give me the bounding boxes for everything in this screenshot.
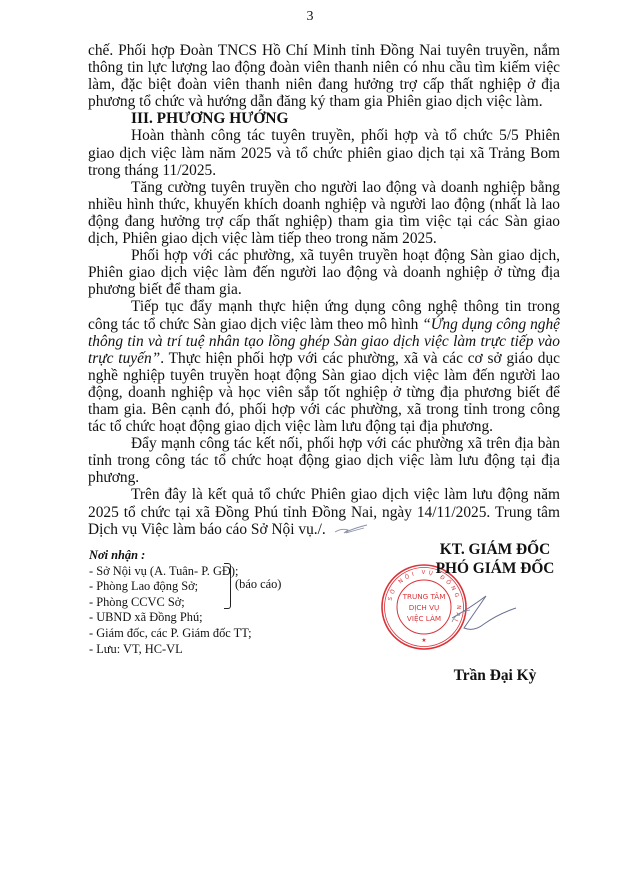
signature-title-line-1: KT. GIÁM ĐỐC xyxy=(395,540,595,559)
paragraph-coordinate-wards: Phối hợp với các phường, xã tuyên truyền… xyxy=(88,247,560,298)
document-body: chế. Phối hợp Đoàn TNCS Hồ Chí Minh tỉnh… xyxy=(88,42,560,538)
initial-scribble-icon xyxy=(334,524,368,536)
paragraph-strengthen-propaganda: Tăng cường tuyên truyền cho người lao độ… xyxy=(88,179,560,247)
recipient-item: - UBND xã Đồng Phú; xyxy=(89,610,339,626)
recipient-item: - Phòng Lao động Sở; xyxy=(89,579,339,595)
recipient-item: - Lưu: VT, HC-VL xyxy=(89,642,339,658)
continuation-paragraph: chế. Phối hợp Đoàn TNCS Hồ Chí Minh tỉnh… xyxy=(88,42,560,110)
stamp-line-1: TRUNG TÂM xyxy=(402,592,446,601)
stamp-line-2: DỊCH VỤ xyxy=(409,603,440,612)
paragraph-complete-sessions: Hoàn thành công tác tuyên truyền, phối h… xyxy=(88,127,560,178)
signature-title-line-2: PHÓ GIÁM ĐỐC xyxy=(395,559,595,578)
page-number: 3 xyxy=(0,9,620,25)
signature-block: KT. GIÁM ĐỐC PHÓ GIÁM ĐỐC Trần Đại Kỳ xyxy=(395,540,595,578)
svg-text:★: ★ xyxy=(421,637,426,644)
paragraph-technology: Tiếp tục đẩy mạnh thực hiện ứng dụng côn… xyxy=(88,298,560,435)
bracket-note: (báo cáo) xyxy=(235,577,281,593)
recipient-item: - Sở Nội vụ (A. Tuân- P. GĐ); xyxy=(89,564,339,580)
recipients-bracket xyxy=(224,563,231,609)
paragraph-closing: Trên đây là kết quả tổ chức Phiên giao d… xyxy=(88,486,560,537)
recipients-title: Nơi nhận : xyxy=(89,548,339,564)
closing-text: Trên đây là kết quả tổ chức Phiên giao d… xyxy=(88,486,560,537)
stamp-line-3: VIỆC LÀM xyxy=(407,614,441,623)
handwritten-signature-icon xyxy=(450,588,530,640)
section-heading: III. PHƯƠNG HƯỚNG xyxy=(88,110,560,127)
recipient-item: - Phòng CCVC Sở; xyxy=(89,595,339,611)
signer-name: Trần Đại Kỳ xyxy=(395,667,595,685)
recipient-item: - Giám đốc, các P. Giám đốc TT; xyxy=(89,626,339,642)
paragraph-connect: Đẩy mạnh công tác kết nối, phối hợp với … xyxy=(88,435,560,486)
recipients-block: Nơi nhận : - Sở Nội vụ (A. Tuân- P. GĐ);… xyxy=(89,548,339,657)
